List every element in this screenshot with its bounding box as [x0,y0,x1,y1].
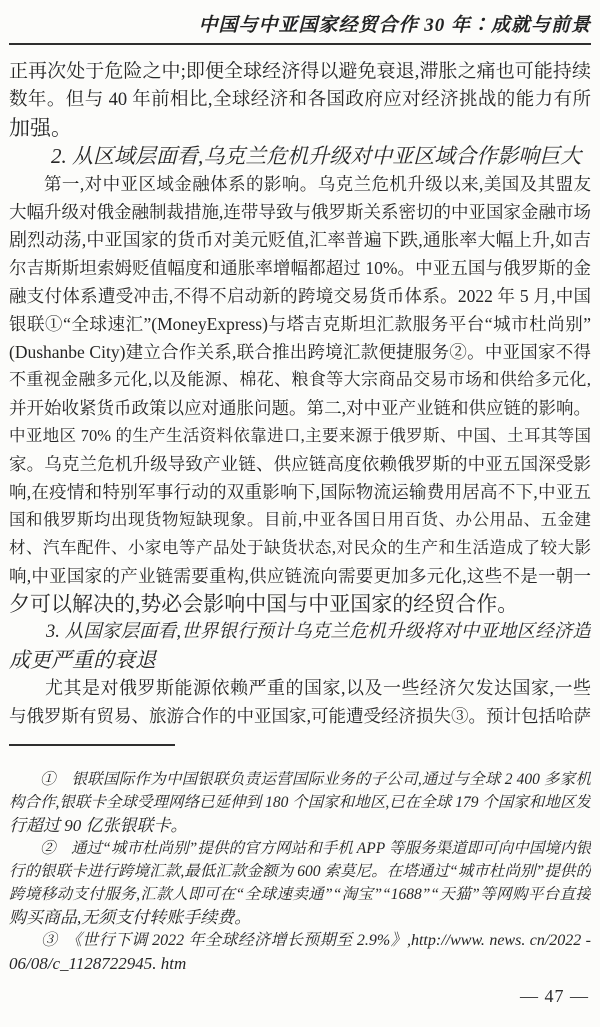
body-line: 正再次处于危险之中;即便全球经济得以避免衰退,滞胀之痛也可能持续 [9,58,591,86]
body-line: 材、汽车配件、小家电等产品处于缺货状态,对民众的生产和生活造成了较大影 [9,534,591,562]
body-line: 夕可以解决的,势必会影响中国与中亚国家的经贸合作。 [9,590,591,618]
running-title: 中国与中亚国家经贸合作 30 年∶成就与前景 [9,14,591,38]
body-line: 2. 从区域层面看,乌克兰危机升级对中亚区域合作影响巨大 [9,142,591,170]
page-footer: — 47 — [9,985,591,1007]
footnote-line: 行的银联卡进行跨境汇款,最低汇款金额为 600 索莫尼。在塔通过“城市杜尚别”提… [9,860,591,883]
page-number: — 47 — [520,986,589,1006]
footnote-line: 行超过 90 亿张银联卡。 [9,814,591,837]
footnote-line: 购买商品,无须支付转账手续费。 [9,906,591,929]
footnote-line: 跨境移动支付服务,汇款人即可在“全球速卖通”“淘宝”“1688”“天猫”等网购平… [9,883,591,906]
body-line: (Dushanbe City)建立合作关系,联合推出跨境汇款便捷服务②。中亚国家… [9,338,591,366]
body-line: 家。乌克兰危机升级导致产业链、供应链高度依赖俄罗斯的中亚五国深受影 [9,450,591,478]
footnotes: ① 银联国际作为中国银联负责运营国际业务的子公司,通过与全球 2 400 多家机… [9,768,591,975]
footnote-line: 06/08/c_1128722945. htm [9,952,591,975]
body-line: 剧烈动荡,中亚国家的货币对美元贬值,汇率普遍下跌,通胀率大幅上升,如吉 [9,226,591,254]
running-header: 中国与中亚国家经贸合作 30 年∶成就与前景 [9,14,591,38]
body-line: 响,中亚国家的产业链需要重构,供应链流向需要更加多元化,这些不是一朝一 [9,562,591,590]
header-rule [9,43,591,45]
footnote-line: ③ 《世行下调 2022 年全球经济增长预期至 2.9%》,http://www… [9,929,591,952]
body-line: 加强。 [9,114,591,142]
body-line: 并开始收紧货币政策以应对通胀问题。第二,对中亚产业链和供应链的影响。 [9,394,591,422]
body-line: 融支付体系遭受冲击,不得不启动新的跨境交易货币体系。2022 年 5 月,中国 [9,282,591,310]
footnote-line: 构合作,银联卡全球受理网络已延伸到 180 个国家和地区,已在全球 179 个国… [9,791,591,814]
body-text: 正再次处于危险之中;即便全球经济得以避免衰退,滞胀之痛也可能持续数年。但与 40… [9,58,591,730]
footnote-line: ② 通过“城市杜尚别”提供的官方网站和手机 APP 等服务渠道即可向中国境内银 [9,837,591,860]
body-line: 尔吉斯斯坦索姆贬值幅度和通胀率增幅都超过 10%。中亚五国与俄罗斯的金 [9,254,591,282]
body-line: 与俄罗斯有贸易、旅游合作的中亚国家,可能遭受经济损失③。预计包括哈萨 [9,702,591,730]
body-line: 第一,对中亚区域金融体系的影响。乌克兰危机升级以来,美国及其盟友 [9,170,591,198]
footnote-separator [9,744,175,746]
body-line: 数年。但与 40 年前相比,全球经济和各国政府应对经济挑战的能力有所 [9,86,591,114]
body-line: 银联①“全球速汇”(MoneyExpress)与塔吉克斯坦汇款服务平台“城市杜尚… [9,310,591,338]
body-line: 尤其是对俄罗斯能源依赖严重的国家,以及一些经济欠发达国家,一些 [9,674,591,702]
body-line: 不重视金融多元化,以及能源、棉花、粮食等大宗商品交易市场和供给多元化, [9,366,591,394]
body-line: 大幅升级对俄金融制裁措施,连带导致与俄罗斯关系密切的中亚国家金融市场 [9,198,591,226]
footnote-line: ① 银联国际作为中国银联负责运营国际业务的子公司,通过与全球 2 400 多家机 [9,768,591,791]
body-line: 成更严重的衰退 [9,646,591,674]
body-line: 中亚地区 70% 的生产生活资料依靠进口,主要来源于俄罗斯、中国、土耳其等国 [9,422,591,450]
document-page: 中国与中亚国家经贸合作 30 年∶成就与前景 正再次处于危险之中;即便全球经济得… [0,0,600,1027]
body-line: 响,在疫情和特别军事行动的双重影响下,国际物流运输费用居高不下,中亚五 [9,478,591,506]
body-line: 3. 从国家层面看,世界银行预计乌克兰危机升级将对中亚地区经济造 [9,618,591,646]
body-line: 国和俄罗斯均出现货物短缺现象。目前,中亚各国日用百货、办公用品、五金建 [9,506,591,534]
